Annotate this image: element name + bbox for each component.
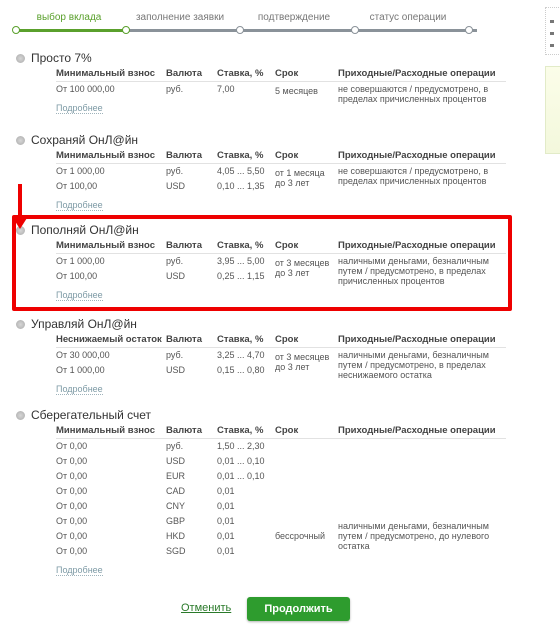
table-cell: 4,05 ... 5,50	[217, 166, 265, 176]
table-cell: USD	[166, 181, 185, 191]
table-cell: От 30 000,00	[56, 350, 110, 360]
deposit-option: Сберегательный счет Минимальный взносВал…	[16, 407, 516, 423]
step-operation-status: статус операции	[370, 12, 447, 23]
progress-line-todo	[125, 29, 477, 32]
table-row: От 0,00EUR0,01 ... 0,10	[56, 469, 506, 484]
table-header: Минимальный взносВалютаСтавка, %СрокПрих…	[56, 146, 506, 164]
side-info-box	[545, 7, 560, 55]
table-cell: руб.	[166, 84, 183, 94]
progress-line-done	[16, 29, 125, 32]
column-header: Валюта	[166, 425, 202, 436]
table-cell: 3,25 ... 4,70	[217, 350, 265, 360]
deposit-title[interactable]: Просто 7%	[31, 51, 92, 65]
deposit-option: Управляй ОнЛ@йн Неснижаемый остатокВалют…	[16, 316, 516, 332]
column-header: Срок	[275, 334, 298, 345]
column-header: Минимальный взнос	[56, 425, 155, 436]
deposit-title[interactable]: Сберегательный счет	[31, 408, 151, 422]
table-header: Минимальный взносВалютаСтавка, %СрокПрих…	[56, 421, 506, 439]
column-header: Приходные/Расходные операции	[338, 68, 496, 79]
table-cell: CAD	[166, 486, 185, 496]
table-row: От 0,00CNY0,01	[56, 499, 506, 514]
deposit-radio[interactable]	[16, 136, 25, 145]
table-cell: 0,01	[217, 546, 235, 556]
column-header: Приходные/Расходные операции	[338, 150, 496, 161]
table-cell: 0,01	[217, 486, 235, 496]
table-cell: руб.	[166, 350, 183, 360]
deposit-operations: наличными деньгами, безналичнымпутем / п…	[338, 350, 489, 380]
side-panel	[545, 66, 560, 154]
step-dot-0	[12, 26, 20, 34]
deposit-operations: наличными деньгами, безналичнымпутем / п…	[338, 521, 489, 551]
column-header: Валюта	[166, 68, 202, 79]
table-row: От 0,00CAD0,01	[56, 484, 506, 499]
table-cell: EUR	[166, 471, 185, 481]
deposit-radio[interactable]	[16, 411, 25, 420]
table-cell: От 100,00	[56, 181, 97, 191]
deposit-operations: не совершаются / предусмотрено, впредела…	[338, 166, 488, 186]
table-header: Минимальный взносВалютаСтавка, %СрокПрих…	[56, 64, 506, 82]
table-cell: USD	[166, 365, 185, 375]
column-header: Ставка, %	[217, 334, 263, 345]
table-cell: руб.	[166, 166, 183, 176]
more-details-link[interactable]: Подробнее	[56, 200, 103, 211]
deposit-radio[interactable]	[16, 320, 25, 329]
table-cell: 7,00	[217, 84, 235, 94]
deposit-title[interactable]: Управляй ОнЛ@йн	[31, 317, 137, 331]
column-header: Ставка, %	[217, 425, 263, 436]
step-confirmation: подтверждение	[258, 12, 330, 23]
deposit-title[interactable]: Сохраняй ОнЛ@йн	[31, 133, 138, 147]
column-header: Неснижаемый остаток	[56, 334, 162, 345]
more-details-link[interactable]: Подробнее	[56, 565, 103, 576]
deposit-term: от 3 месяцевдо 3 лет	[275, 352, 329, 372]
table-cell: руб.	[166, 441, 183, 451]
column-header: Срок	[275, 68, 298, 79]
table-cell: От 0,00	[56, 456, 87, 466]
column-header: Ставка, %	[217, 150, 263, 161]
table-cell: 1,50 ... 2,30	[217, 441, 265, 451]
table-cell: CNY	[166, 501, 185, 511]
continue-button[interactable]: Продолжить	[247, 597, 350, 621]
column-header: Минимальный взнос	[56, 68, 155, 79]
table-cell: От 0,00	[56, 486, 87, 496]
table-cell: 0,01 ... 0,10	[217, 471, 265, 481]
table-row: От 0,00USD0,01 ... 0,10	[56, 454, 506, 469]
column-header: Срок	[275, 150, 298, 161]
table-cell: От 0,00	[56, 471, 87, 481]
table-cell: От 0,00	[56, 546, 87, 556]
table-cell: SGD	[166, 546, 186, 556]
table-cell: HKD	[166, 531, 185, 541]
column-header: Ставка, %	[217, 68, 263, 79]
deposit-option: Сохраняй ОнЛ@йн Минимальный взносВалютаС…	[16, 132, 516, 148]
table-cell: 0,01	[217, 531, 235, 541]
table-cell: От 0,00	[56, 516, 87, 526]
step-dot-3	[351, 26, 359, 34]
table-cell: 0,10 ... 1,35	[217, 181, 265, 191]
step-dot-2	[236, 26, 244, 34]
table-header: Неснижаемый остатокВалютаСтавка, %СрокПр…	[56, 330, 506, 348]
annotation-highlight-box	[12, 215, 512, 311]
deposit-radio[interactable]	[16, 54, 25, 63]
table-cell: USD	[166, 456, 185, 466]
table-cell: GBP	[166, 516, 185, 526]
table-cell: 0,01 ... 0,10	[217, 456, 265, 466]
step-dot-4	[465, 26, 473, 34]
table-cell: 0,01	[217, 501, 235, 511]
column-header: Приходные/Расходные операции	[338, 425, 496, 436]
table-row: От 0,00руб.1,50 ... 2,30	[56, 439, 506, 454]
deposit-option: Просто 7% Минимальный взносВалютаСтавка,…	[16, 50, 516, 66]
progress-steps: выбор вклада заполнение заявки подтвержд…	[14, 12, 474, 36]
more-details-link[interactable]: Подробнее	[56, 103, 103, 114]
column-header: Минимальный взнос	[56, 150, 155, 161]
table-cell: От 100 000,00	[56, 84, 115, 94]
table-cell: От 0,00	[56, 531, 87, 541]
column-header: Валюта	[166, 150, 202, 161]
table-cell: От 0,00	[56, 501, 87, 511]
deposit-operations: не совершаются / предусмотрено, впредела…	[338, 84, 488, 104]
table-cell: 0,01	[217, 516, 235, 526]
table-cell: От 0,00	[56, 441, 87, 451]
table-cell: От 1 000,00	[56, 365, 105, 375]
more-details-link[interactable]: Подробнее	[56, 384, 103, 395]
table-cell: От 1 000,00	[56, 166, 105, 176]
step-dot-1	[122, 26, 130, 34]
column-header: Срок	[275, 425, 298, 436]
step-fill-application: заполнение заявки	[136, 12, 224, 23]
step-select-deposit: выбор вклада	[37, 12, 102, 23]
deposit-term: от 1 месяцадо 3 лет	[275, 168, 325, 188]
column-header: Валюта	[166, 334, 202, 345]
column-header: Приходные/Расходные операции	[338, 334, 496, 345]
deposit-term: 5 месяцев	[275, 86, 318, 96]
deposit-term: бессрочный	[275, 531, 325, 541]
table-cell: 0,15 ... 0,80	[217, 365, 265, 375]
cancel-link[interactable]: Отменить	[181, 602, 231, 614]
